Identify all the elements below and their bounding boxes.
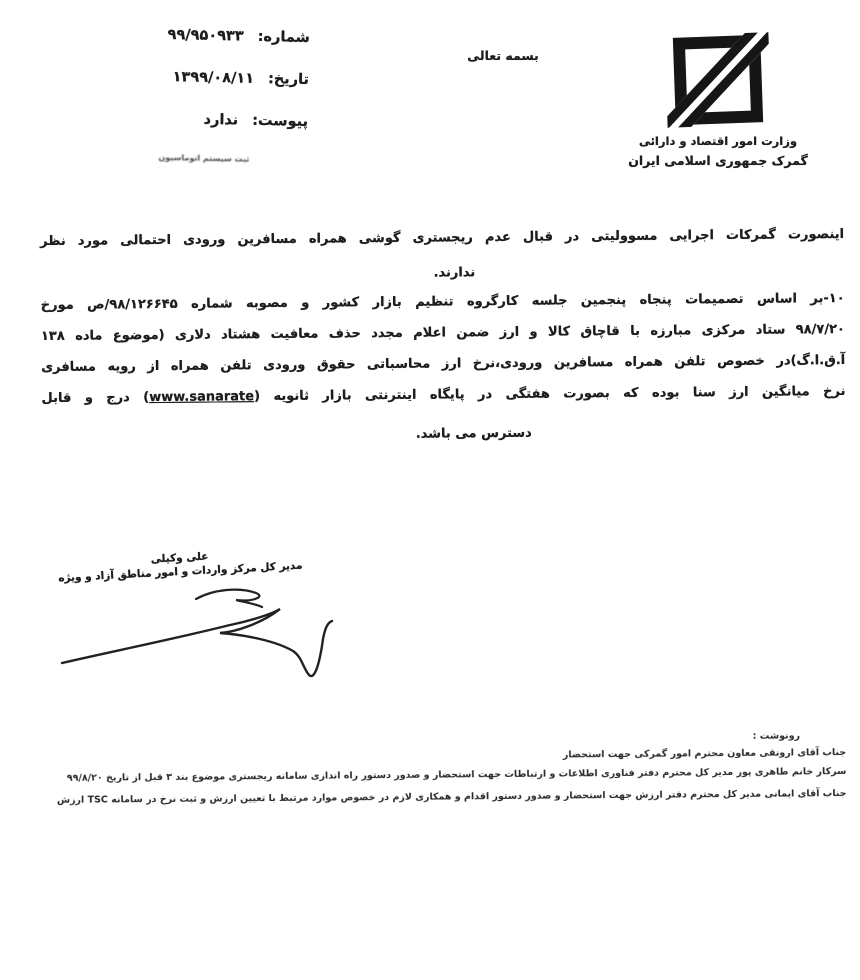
letter-attachment-value: ندارد (203, 112, 238, 129)
letter-date-row: تاریخ: ۱۳۹۹/۰۸/۱۱ (34, 66, 309, 88)
organization-name: گمرک جمهوری اسلامی ایران (628, 153, 808, 168)
carbon-copy-line: جناب آقای ارونقی معاون محترم امور گمرکی … (30, 746, 846, 766)
handwritten-signature-icon (46, 583, 346, 683)
letter-date-value: ۱۳۹۹/۰۸/۱۱ (172, 69, 254, 87)
body-paragraph2-line4-pre: نرخ میانگین ارز سنا بوده که بصورت هفتگی … (254, 384, 846, 404)
letterhead-org-block: وزارت امور اقتصاد و دارائی گمرک جمهوری ا… (628, 34, 808, 168)
body-paragraph1-line2: ندارند. (52, 259, 856, 287)
scanned-letter-page: شماره: ۹۹/۹۵۰۹۳۳ تاریخ: ۱۳۹۹/۰۸/۱۱ پیوست… (0, 0, 860, 980)
letter-attachment-label: پیوست: (252, 113, 308, 130)
body-paragraph2-line2: ۹۸/۷/۲۰ ستاد مرکزی مبارزه با قاچاق کالا … (41, 319, 845, 347)
letter-date-label: تاریخ: (268, 71, 309, 88)
letter-number-row: شماره: ۹۹/۹۵۰۹۳۳ (35, 24, 310, 46)
ministry-name: وزارت امور اقتصاد و دارائی (628, 134, 808, 148)
carbon-copy-line: سرکار خانم طاهری پور مدیر کل محترم دفتر … (30, 765, 846, 785)
body-paragraph1-line1: اینصورت گمرکات اجرایی مسوولیتی در قبال ع… (40, 224, 844, 252)
body-paragraph2-line5: دسترس می باشد. (72, 420, 860, 448)
body-paragraph2-line4-post: ) درج و قابل (41, 390, 149, 406)
automation-note: ثبت سیستم اتوماسیون (32, 150, 249, 164)
carbon-copy-section: رونوشت : جناب آقای ارونقی معاون محترم ام… (30, 730, 847, 807)
carbon-copy-line: جناب آقای ایمانی مدیر کل محترم دفتر ارزش… (31, 787, 847, 807)
letter-number-value: ۹۹/۹۵۰۹۳۳ (167, 27, 243, 45)
sanarate-link[interactable]: www.sanarate (149, 389, 254, 405)
body-paragraph2-line1: ۱۰-بر اساس تصمیمات پنجاه پنجمین جلسه کار… (41, 288, 845, 316)
bismillah-heading: بسمه تعالی (418, 48, 588, 63)
iran-customs-logo-icon (664, 32, 771, 128)
letter-number-label: شماره: (258, 29, 310, 46)
carbon-copy-label: رونوشت : (30, 730, 800, 748)
body-paragraph2-line4: نرخ میانگین ارز سنا بوده که بصورت هفتگی … (41, 381, 845, 409)
letter-attachment-row: پیوست: ندارد (33, 108, 308, 130)
letter-meta: شماره: ۹۹/۹۵۰۹۳۳ تاریخ: ۱۳۹۹/۰۸/۱۱ پیوست… (32, 24, 310, 165)
letter-body: اینصورت گمرکات اجرایی مسوولیتی در قبال ع… (40, 224, 846, 458)
signature-block: علی وکیلی مدیر کل مرکز واردات و امور منا… (40, 545, 321, 586)
body-paragraph2-line3: آ.ق.ا.گ)در خصوص تلفن همراه مسافرین ورودی… (41, 350, 845, 378)
